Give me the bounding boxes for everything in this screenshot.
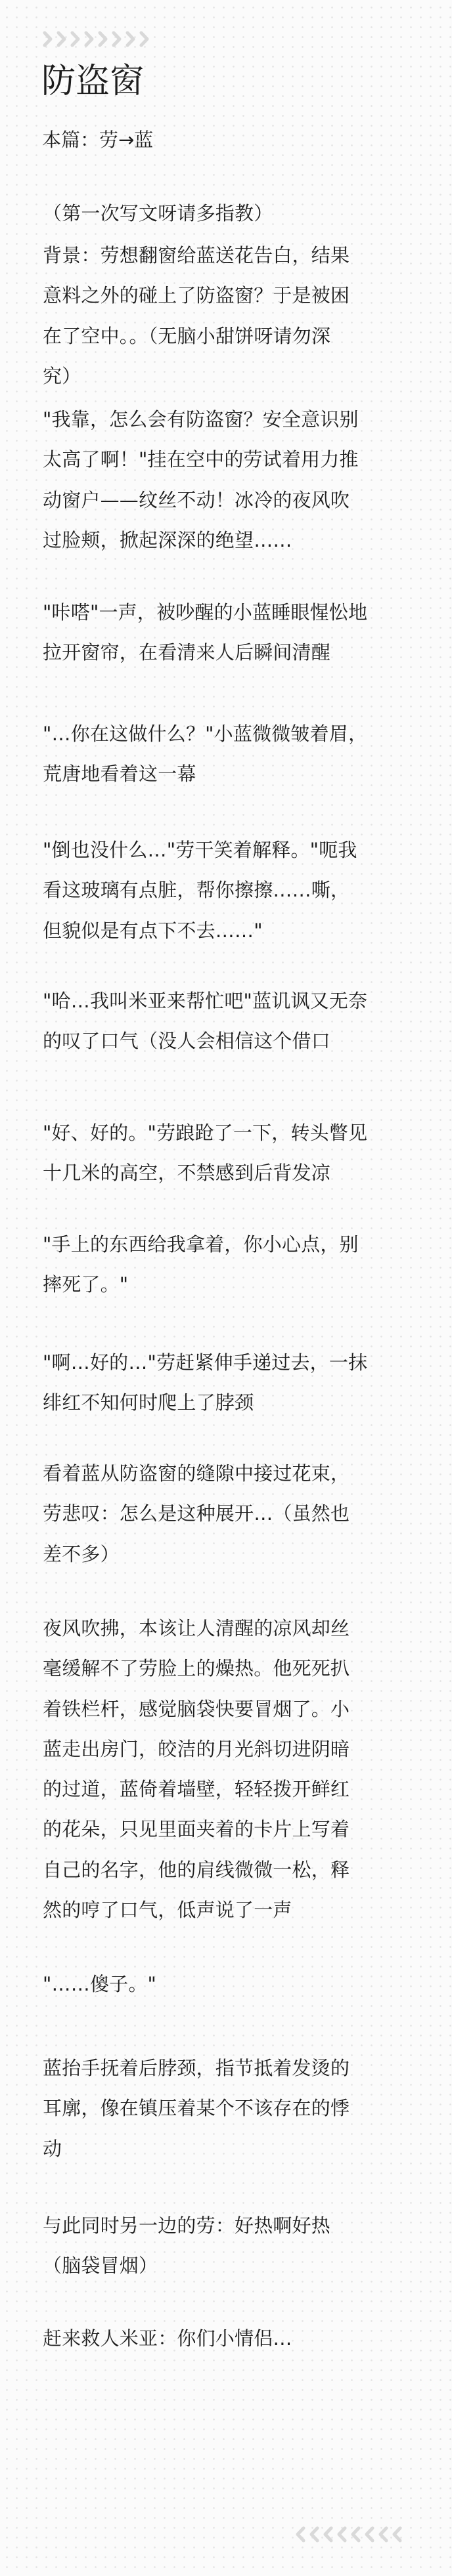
story-paragraph: 与此同时另一边的劳：好热啊好热（脑袋冒烟） xyxy=(43,2212,411,2293)
paragraph-line: 动 xyxy=(43,2136,411,2176)
paragraph-line: （第一次写文呀请多指教） xyxy=(43,200,411,240)
decorative-chevrons-top xyxy=(41,31,152,47)
chevron-right-icon xyxy=(124,31,138,47)
chevron-right-icon xyxy=(55,31,69,47)
story-paragraph: "倒也没什么…"劳干笑着解释。"呃我看这玻璃有点脏，帮你擦擦……嘶，但貌似是有点… xyxy=(43,837,411,958)
paragraph-line: "…你在这做什么？"小蓝微微皱着眉， xyxy=(43,721,411,761)
paragraph-line: 过脸颊，掀起深深的绝望…… xyxy=(43,527,411,567)
story-paragraph: 夜风吹拂，本该让人清醒的凉风却丝毫缓解不了劳脸上的燥热。他死死扒着铁栏杆，感觉脑… xyxy=(43,1615,411,1937)
paragraph-line: 的叹了口气（没人会相信这个借口 xyxy=(43,1028,411,1068)
story-paragraph: "啊…好的…"劳赶紧伸手递过去，一抹绯红不知何时爬上了脖颈 xyxy=(43,1349,411,1430)
chevron-right-icon xyxy=(97,31,110,47)
story-paragraph: "好、好的。"劳踉跄了一下，转头瞥见十几米的高空，不禁感到后背发凉 xyxy=(43,1120,411,1200)
paragraph-line: "好、好的。"劳踉跄了一下，转头瞥见 xyxy=(43,1120,411,1160)
chevron-left-icon xyxy=(307,2526,321,2543)
paragraph-line: 看这玻璃有点脏，帮你擦擦……嘶， xyxy=(43,877,411,917)
paragraph-line: 差不多） xyxy=(43,1541,411,1581)
story-paragraph: 看着蓝从防盗窗的缝隙中接过花束，劳悲叹：怎么是这种展开…（虽然也差不多） xyxy=(43,1460,411,1581)
pairing-subtitle: 本篇：劳→蓝 xyxy=(42,125,153,154)
paragraph-line: 意料之外的碰上了防盗窗？于是被困 xyxy=(43,282,411,322)
paragraph-line: 十几米的高空，不禁感到后背发凉 xyxy=(43,1160,411,1200)
page-title: 防盗窗 xyxy=(41,60,144,102)
paragraph-line: 太高了啊！"挂在空中的劳试着用力推 xyxy=(43,446,411,486)
chevron-left-icon xyxy=(334,2526,348,2543)
paragraph-line: 摔死了。" xyxy=(43,1271,411,1311)
story-paragraph: 赶来救人米亚：你们小情侣… xyxy=(43,2325,411,2365)
story-paragraph: "我靠，怎么会有防盗窗？安全意识别太高了啊！"挂在空中的劳试着用力推动窗户——纹… xyxy=(43,406,411,567)
paragraph-line: 蓝走出房门，皎洁的月光斜切进阴暗 xyxy=(43,1736,411,1776)
paragraph-line: "哈…我叫米亚来帮忙吧"蓝讥讽又无奈 xyxy=(43,988,411,1028)
chevron-right-icon xyxy=(110,31,124,47)
paragraph-line: "咔嗒"一声，被吵醒的小蓝睡眼惺忪地 xyxy=(43,599,411,639)
chevron-left-icon xyxy=(390,2526,403,2543)
chevron-right-icon xyxy=(83,31,97,47)
chevron-left-icon xyxy=(348,2526,362,2543)
paragraph-line: 劳悲叹：怎么是这种展开…（虽然也 xyxy=(43,1500,411,1540)
paragraph-line: 赶来救人米亚：你们小情侣… xyxy=(43,2325,411,2365)
paragraph-line: 着铁栏杆，感觉脑袋快要冒烟了。小 xyxy=(43,1696,411,1736)
paragraph-line: 的花朵，只见里面夹着的卡片上写着 xyxy=(43,1816,411,1856)
paragraph-line: "我靠，怎么会有防盗窗？安全意识别 xyxy=(43,406,411,446)
paragraph-line: "啊…好的…"劳赶紧伸手递过去，一抹 xyxy=(43,1349,411,1389)
story-paragraph: 背景：劳想翻窗给蓝送花告白，结果意料之外的碰上了防盗窗？于是被困在了空中。。（无… xyxy=(43,242,411,403)
paragraph-line: 与此同时另一边的劳：好热啊好热 xyxy=(43,2212,411,2252)
story-paragraph: "哈…我叫米亚来帮忙吧"蓝讥讽又无奈的叹了口气（没人会相信这个借口 xyxy=(43,988,411,1068)
chevron-left-icon xyxy=(376,2526,390,2543)
story-paragraph: 蓝抬手抚着后脖颈，指节抵着发烫的耳廓，像在镇压着某个不该存在的悸动 xyxy=(43,2055,411,2176)
paragraph-line: 看着蓝从防盗窗的缝隙中接过花束， xyxy=(43,1460,411,1500)
paragraph-line: 自己的名字，他的肩线微微一松，释 xyxy=(43,1857,411,1897)
paragraph-line: 的过道，蓝倚着墙壁，轻轻拨开鲜红 xyxy=(43,1776,411,1816)
chevron-left-icon xyxy=(362,2526,376,2543)
paragraph-line: 荒唐地看着这一幕 xyxy=(43,761,411,801)
paragraph-line: 在了空中。。（无脑小甜饼呀请勿深 xyxy=(43,323,411,363)
story-paragraph: （第一次写文呀请多指教） xyxy=(43,200,411,240)
paragraph-line: 动窗户——纹丝不动！冰冷的夜风吹 xyxy=(43,487,411,527)
paragraph-line: 耳廓，像在镇压着某个不该存在的悸 xyxy=(43,2095,411,2135)
paragraph-line: （脑袋冒烟） xyxy=(43,2252,411,2292)
paragraph-line: 背景：劳想翻窗给蓝送花告白，结果 xyxy=(43,242,411,282)
chevron-left-icon xyxy=(293,2526,307,2543)
paragraph-line: 但貌似是有点下不去……" xyxy=(43,918,411,958)
chevron-right-icon xyxy=(69,31,83,47)
chevron-right-icon xyxy=(41,31,55,47)
chevron-left-icon xyxy=(321,2526,334,2543)
paragraph-line: 绯红不知何时爬上了脖颈 xyxy=(43,1389,411,1429)
paragraph-line: 究） xyxy=(43,363,411,403)
paragraph-line: "……傻子。" xyxy=(43,1971,411,2011)
paragraph-line: 毫缓解不了劳脸上的燥热。他死死扒 xyxy=(43,1655,411,1695)
story-paragraph: "咔嗒"一声，被吵醒的小蓝睡眼惺忪地拉开窗帘，在看清来人后瞬间清醒 xyxy=(43,599,411,680)
paragraph-line: 然的哼了口气，低声说了一声 xyxy=(43,1897,411,1937)
decorative-chevrons-bottom xyxy=(293,2526,403,2543)
paragraph-line: "手上的东西给我拿着，你小心点，别 xyxy=(43,1231,411,1271)
story-paragraph: "手上的东西给我拿着，你小心点，别摔死了。" xyxy=(43,1231,411,1312)
story-paragraph: "…你在这做什么？"小蓝微微皱着眉，荒唐地看着这一幕 xyxy=(43,721,411,801)
paragraph-line: 夜风吹拂，本该让人清醒的凉风却丝 xyxy=(43,1615,411,1655)
paragraph-line: 蓝抬手抚着后脖颈，指节抵着发烫的 xyxy=(43,2055,411,2095)
paragraph-line: "倒也没什么…"劳干笑着解释。"呃我 xyxy=(43,837,411,877)
paragraph-line: 拉开窗帘，在看清来人后瞬间清醒 xyxy=(43,639,411,679)
chevron-right-icon xyxy=(138,31,152,47)
story-paragraph: "……傻子。" xyxy=(43,1971,411,2011)
